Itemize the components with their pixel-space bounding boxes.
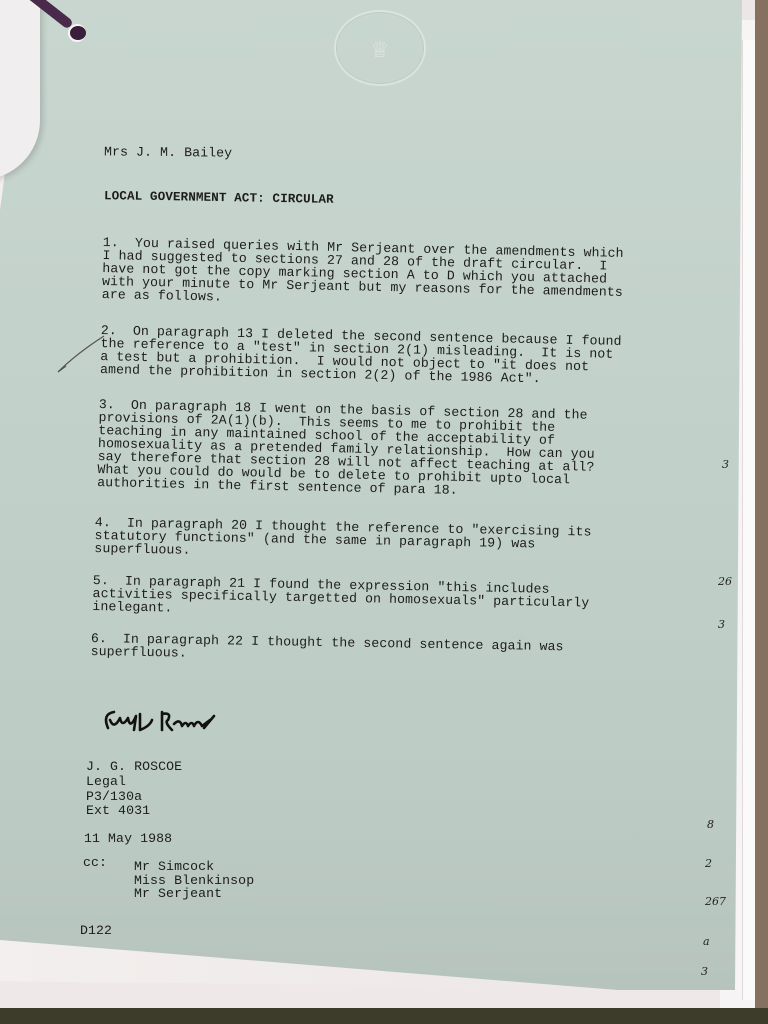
memo-paragraph: 2. On paragraph 13 I deleted the second …: [100, 324, 622, 387]
memo-paragraph: 1. You raised queries with Mr Serjeant o…: [102, 236, 624, 312]
sender-name: J. G. ROSCOE: [86, 760, 182, 773]
treasury-tag-knot: [70, 26, 86, 40]
addressee: Mrs J. M. Bailey: [104, 145, 232, 159]
cc-label: cc:: [83, 856, 107, 869]
margin-note: a: [703, 935, 710, 948]
margin-note: 26: [718, 575, 732, 588]
margin-note: 3: [701, 965, 708, 978]
margin-note: 3: [722, 458, 729, 471]
margin-note: 8: [707, 818, 714, 831]
handwritten-signature: J G Roscoe: [100, 706, 230, 736]
margin-note: 3: [718, 618, 725, 631]
memo-date: 11 May 1988: [84, 832, 172, 845]
margin-note: 2: [705, 857, 712, 870]
crest-icon: ♕: [334, 10, 426, 86]
cc-recipient: Mr Simcock: [134, 860, 214, 873]
memo-paragraph: 4. In paragraph 20 I thought the referen…: [94, 516, 592, 565]
memo-paragraph: 5. In paragraph 21 I found the expressio…: [92, 574, 590, 623]
check-mark-icon: [56, 332, 116, 376]
memo-paragraph: 3. On paragraph 18 I went on the basis o…: [97, 398, 596, 500]
sender-room: P3/130a: [86, 790, 142, 803]
cc-recipient: Mr Serjeant: [134, 887, 222, 900]
folder-cover: [755, 0, 768, 1024]
margin-note: 267: [705, 895, 726, 908]
sender-extension: Ext 4031: [86, 804, 150, 817]
desk-surface: [0, 1008, 768, 1024]
document-reference: D122: [80, 924, 112, 937]
sender-department: Legal: [86, 775, 126, 788]
